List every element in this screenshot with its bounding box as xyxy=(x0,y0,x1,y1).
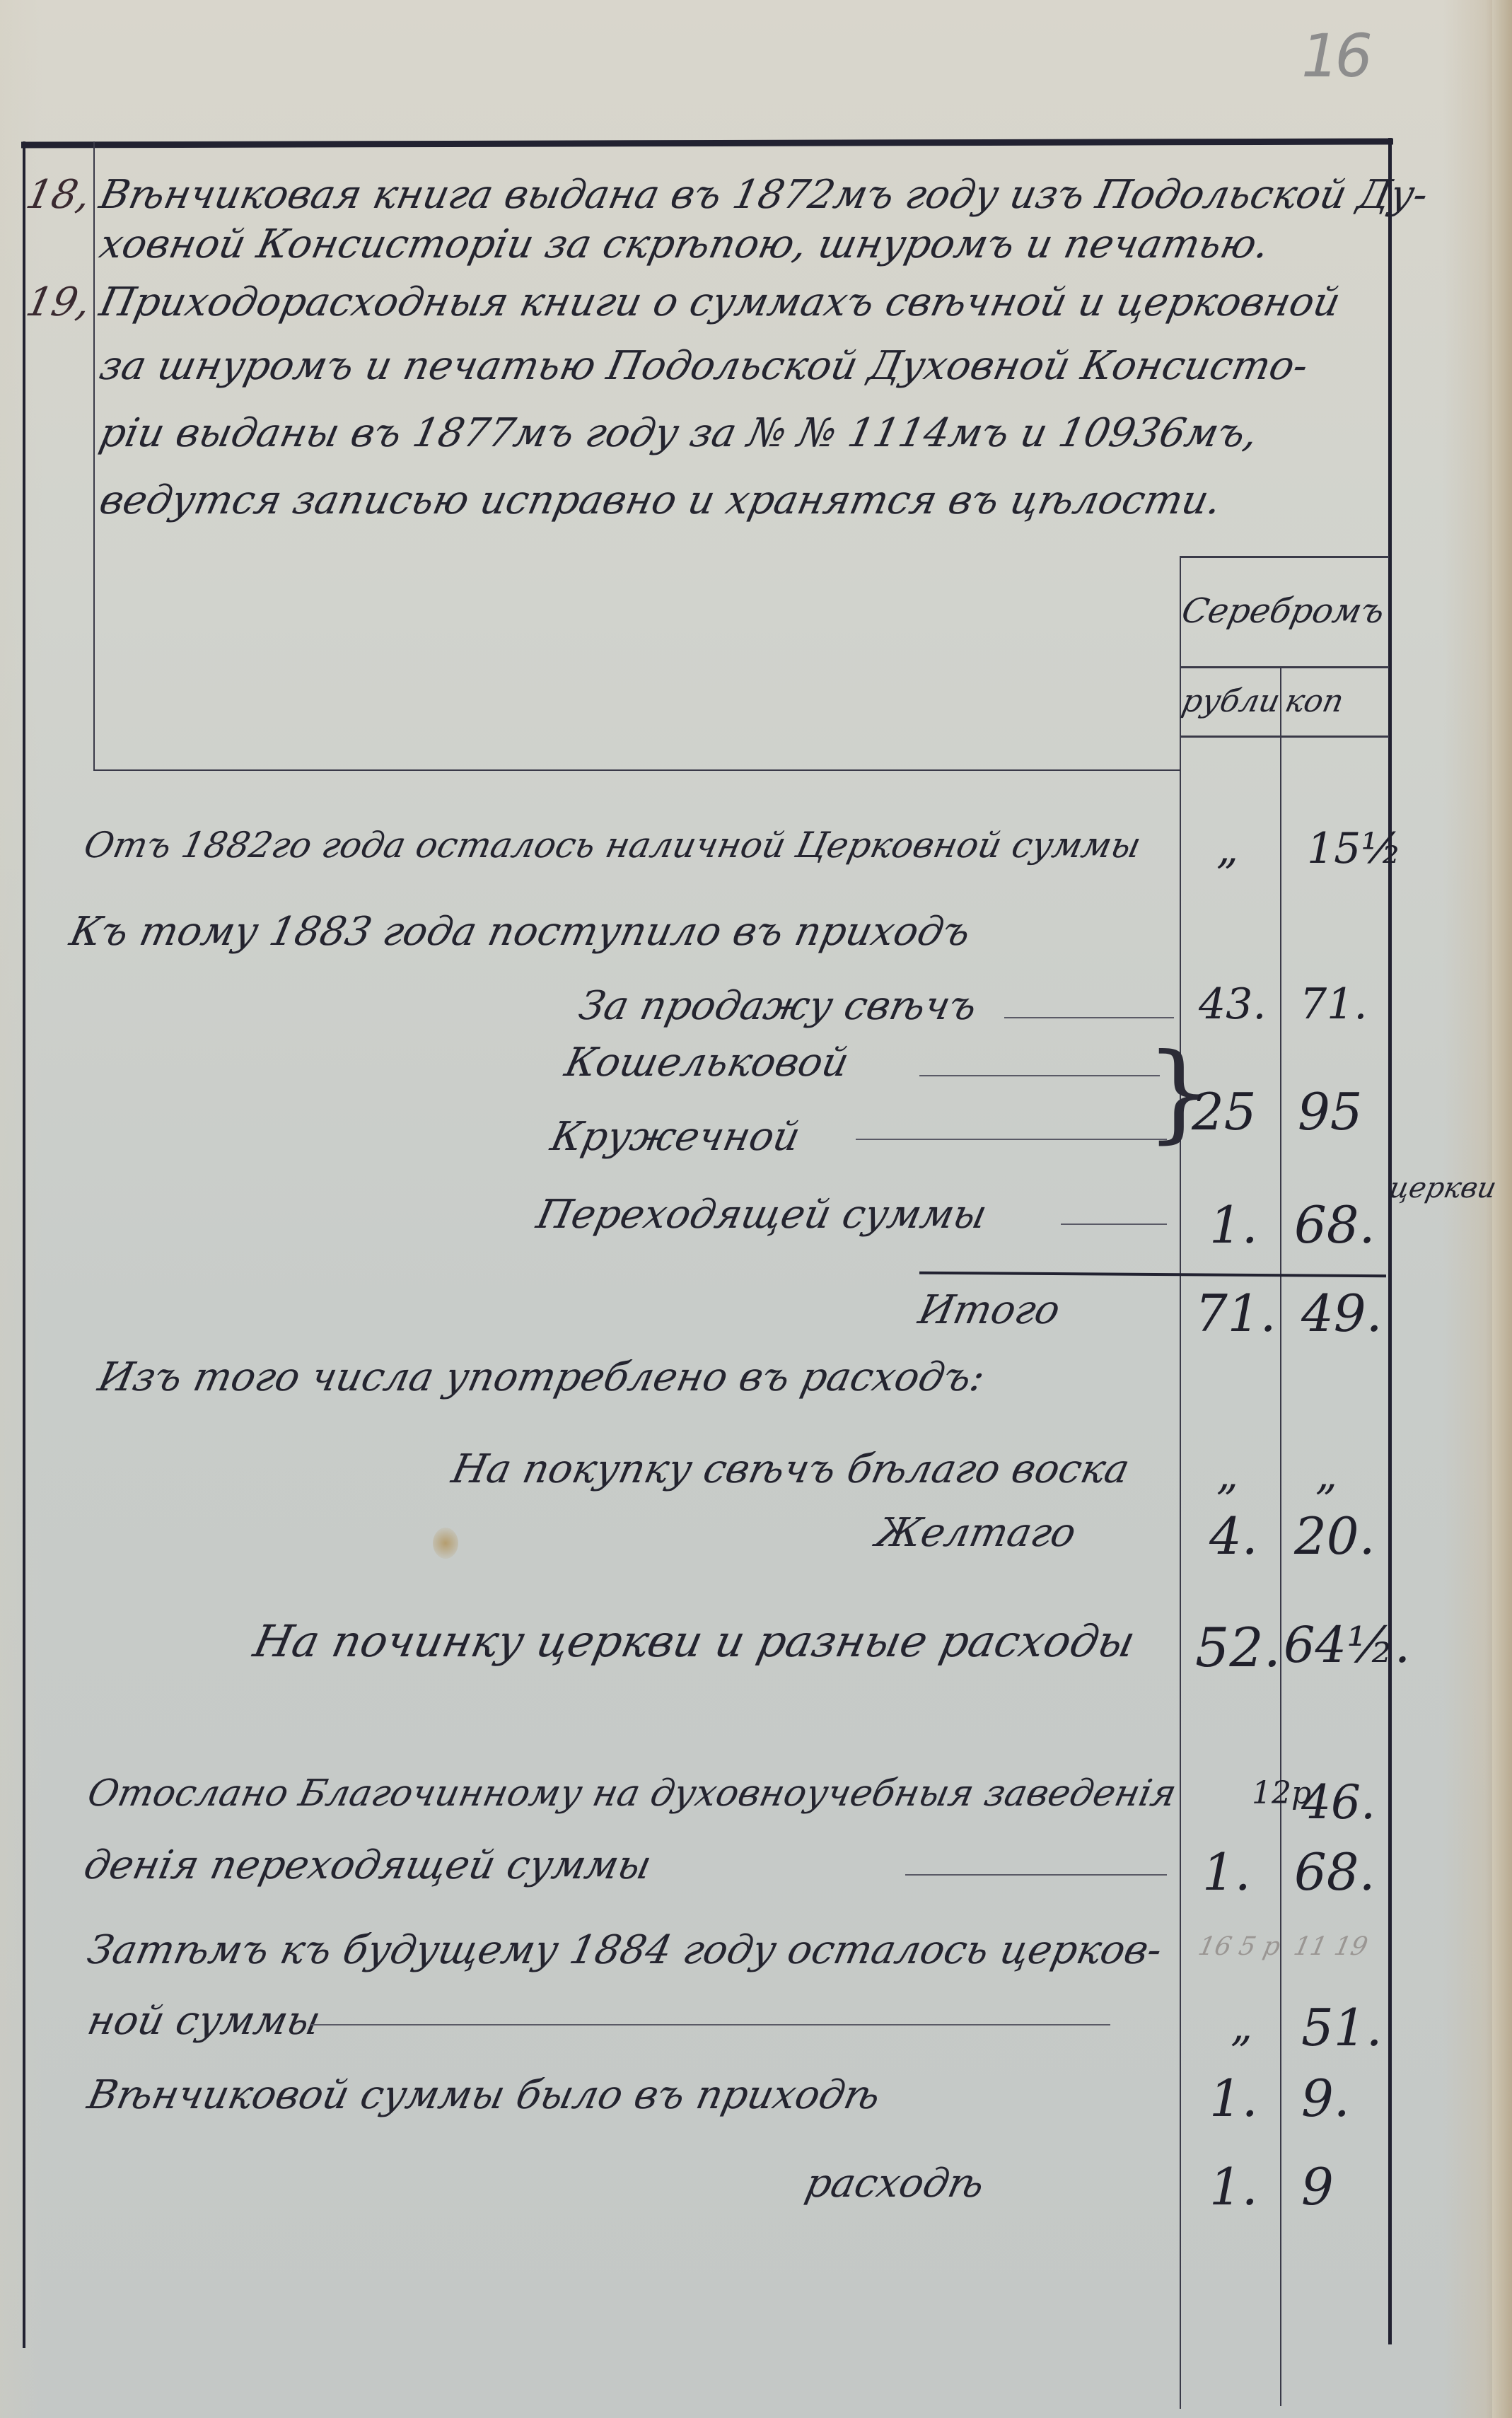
page-edge xyxy=(1492,0,1512,2418)
ledger-label-yellow-wax: Желтаго xyxy=(873,1513,1079,1553)
ledger-label-dean-cont: денія переходящей суммы xyxy=(81,1846,655,1885)
ledger-kop-purse-mug: 95 xyxy=(1298,1082,1363,1141)
ledger-kop-yellow-wax: 20. xyxy=(1294,1506,1376,1566)
ledger-label-candle-sales: За продажу свѣчъ xyxy=(576,987,980,1026)
ledger-label-white-wax: На покупку свѣчъ бѣлаго воска xyxy=(448,1450,1133,1489)
pencil-note-rub: 16 5 р xyxy=(1196,1934,1282,1960)
ledger-label-remainder-cont: ной суммы xyxy=(84,2001,324,2041)
pencil-note-kop: 11 19 xyxy=(1291,1934,1370,1960)
ledger-page: 16 Серебромъ рубли коп 18, 19, Вѣнчикова… xyxy=(0,0,1512,2418)
ledger-label-carryover: Отъ 1882го года осталось наличной Церков… xyxy=(81,827,1144,863)
entry-number-divider xyxy=(93,141,95,771)
entry-19-line-3: ріи выданы въ 1877мъ году за № № 1114мъ … xyxy=(96,414,1261,453)
header-kopecks: коп xyxy=(1282,686,1346,717)
header-bottom-line xyxy=(1180,736,1389,738)
entry-18-line-2: ховной Консисторіи за скрѣпою, шнуромъ и… xyxy=(96,225,1272,265)
ledger-kop-wreath-expense: 9 xyxy=(1301,2157,1334,2216)
total-rule xyxy=(919,1272,1386,1278)
ledger-rub-dean-cont: 1. xyxy=(1202,1842,1251,1902)
header-top-line xyxy=(1180,556,1389,558)
ledger-rub-candle-sales: 43. xyxy=(1199,980,1266,1029)
ledger-label-mug: Кружечной xyxy=(547,1117,803,1157)
ledger-rub-carryover: „ xyxy=(1216,824,1238,873)
ledger-rub-wreath-income: 1. xyxy=(1209,2069,1258,2128)
ledger-label-remainder: Затѣмъ къ будущему 1884 году осталось це… xyxy=(84,1931,1165,1970)
paper-stain xyxy=(433,1528,458,1559)
ledger-kop-wreath-income: 9. xyxy=(1301,2069,1350,2128)
header-mid-line xyxy=(1180,666,1389,668)
ledger-kop-repairs: 64½. xyxy=(1284,1616,1410,1674)
left-border xyxy=(23,141,25,2348)
leader-line xyxy=(856,1139,1167,1140)
ledger-kop-carryover: 15½ xyxy=(1307,824,1402,873)
top-border xyxy=(21,138,1393,148)
ledger-rub-total: 71. xyxy=(1195,1284,1277,1343)
ledger-rub-white-wax: „ xyxy=(1216,1450,1238,1499)
ledger-label-expense-heading: Изъ того числа употреблено въ расходъ: xyxy=(95,1358,988,1397)
header-rubles: рубли xyxy=(1179,686,1282,717)
ledger-rub-transfer: 1. xyxy=(1209,1195,1258,1255)
ledger-rub-yellow-wax: 4. xyxy=(1209,1506,1258,1566)
entry-19-line-2: за шнуромъ и печатью Подольской Духовной… xyxy=(96,347,1311,386)
leader-line xyxy=(311,2024,1110,2025)
ledger-kop-dean-cont: 68. xyxy=(1294,1842,1376,1902)
rub-column-left-line xyxy=(1180,556,1181,2409)
ledger-label-wreath-expense: расходѣ xyxy=(802,2164,988,2204)
ledger-label-dean: Отослано Благочинному на духовноучебныя … xyxy=(84,1775,1179,1812)
ledger-rub-repairs: 52. xyxy=(1195,1616,1281,1679)
ledger-kop-total: 49. xyxy=(1301,1284,1383,1343)
leader-line xyxy=(919,1075,1160,1076)
ledger-rub-purse-mug: 25 xyxy=(1192,1082,1257,1141)
kop-column-left-line xyxy=(1280,666,1281,2406)
folio-number: 16 xyxy=(1301,21,1368,91)
right-border xyxy=(1388,138,1392,2344)
entry-18-line-1: Вѣнчиковая книга выдана въ 1872мъ году и… xyxy=(96,175,1431,215)
ledger-label-repairs: На починку церкви и разные расходы xyxy=(250,1620,1139,1663)
entry-19-line-1: Приходорасходныя книги о суммахъ свѣчной… xyxy=(96,283,1344,322)
ledger-kop-dean: 46. xyxy=(1301,1775,1376,1830)
ledger-rub-wreath-expense: 1. xyxy=(1209,2157,1258,2216)
ledger-label-income-heading: Къ тому 1883 года поступило въ приходъ xyxy=(66,912,974,952)
leader-line xyxy=(905,1874,1167,1876)
ledger-label-total: Итого xyxy=(915,1291,1064,1330)
ledger-label-purse: Кошельковой xyxy=(562,1043,852,1083)
ledger-rub-remainder: „ xyxy=(1231,2001,1252,2051)
leader-line xyxy=(1061,1223,1167,1225)
ledger-kop-remainder: 51. xyxy=(1301,1998,1383,2057)
ledger-kop-transfer: 68. xyxy=(1294,1195,1376,1255)
entry-18-number: 18, xyxy=(23,175,94,215)
entry-bottom-line xyxy=(93,769,1180,771)
entry-19-number: 19, xyxy=(23,283,94,322)
ledger-label-wreath-income: Вѣнчиковой суммы было въ приходѣ xyxy=(84,2076,884,2115)
margin-note-church: церкви xyxy=(1387,1174,1499,1202)
ledger-label-transfer: Переходящей суммы xyxy=(533,1195,990,1235)
header-serebrom: Серебромъ xyxy=(1179,594,1388,628)
leader-line xyxy=(1004,1017,1174,1018)
entry-19-line-4: ведутся записью исправно и хранятся въ ц… xyxy=(96,481,1225,521)
ledger-kop-candle-sales: 71. xyxy=(1300,980,1367,1029)
ledger-kop-white-wax: „ xyxy=(1315,1450,1337,1499)
